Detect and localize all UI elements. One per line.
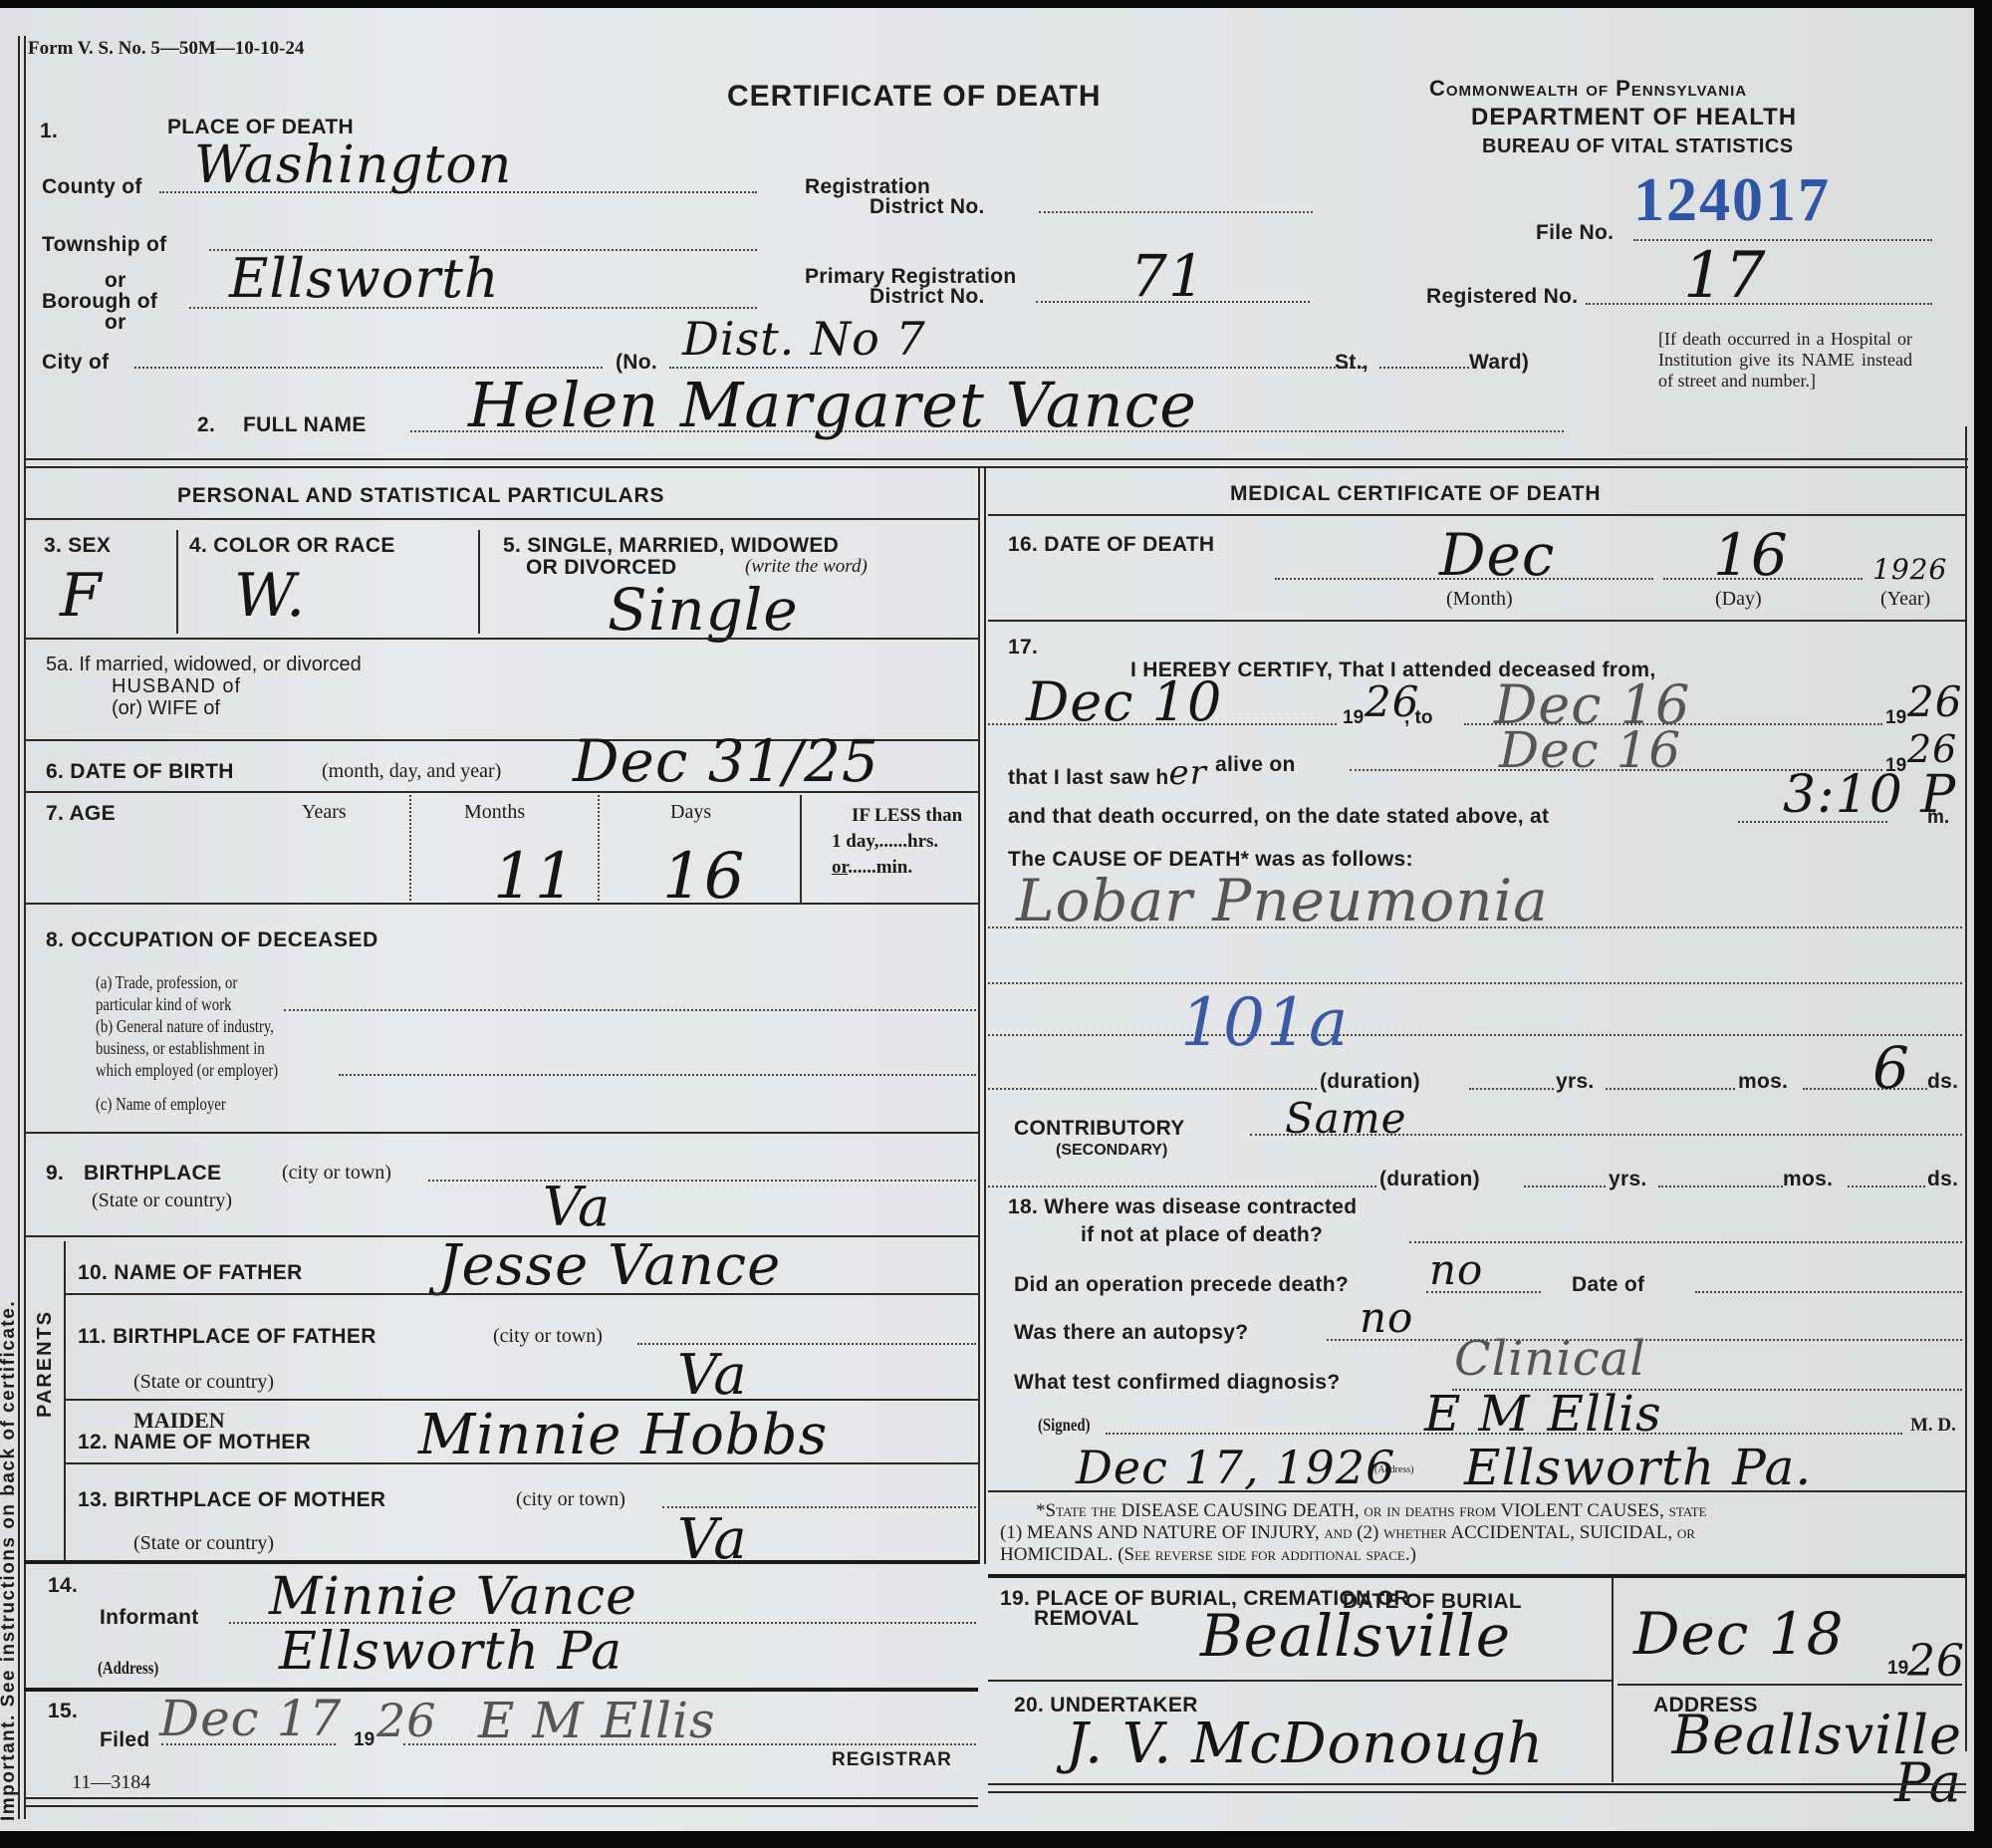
column-divider-2 — [984, 468, 986, 1564]
operation-date-label: Date of — [1572, 1273, 1644, 1297]
row-line-10 — [66, 1293, 978, 1295]
registered-no-field[interactable]: 17 — [1683, 239, 1766, 313]
section-divider-top — [24, 458, 1968, 460]
birthplace-city-hint: (city or town) — [282, 1162, 391, 1185]
cause-of-death-field[interactable]: Lobar Pneumonia — [1016, 867, 1549, 934]
row-line-7 — [24, 903, 978, 905]
burial-year-prefix: 19 — [1887, 1658, 1908, 1680]
registration-district-label-2: District No. — [870, 195, 985, 219]
bottom-line-left-2 — [24, 1805, 978, 1807]
to-label: , to — [1404, 707, 1433, 729]
operation-date-line — [1695, 1291, 1962, 1293]
primary-registration-field[interactable]: 71 — [1130, 242, 1206, 310]
occupation-b-label-3: which employed (or employer) — [96, 1060, 278, 1081]
physician-signature-field[interactable]: E M Ellis — [1424, 1385, 1662, 1443]
row-line-8 — [24, 1132, 978, 1134]
signed-date-field[interactable]: Dec 17, 1926 — [1076, 1441, 1395, 1494]
file-no-line — [1633, 239, 1932, 241]
mother-name-field[interactable]: Minnie Hobbs — [418, 1403, 828, 1467]
marital-label-1: 5. SINGLE, MARRIED, WIDOWED — [503, 534, 839, 558]
duration-yrs-line — [1469, 1088, 1554, 1090]
section-divider-top-2 — [24, 466, 1968, 468]
date-of-birth-field[interactable]: Dec 31/25 — [573, 727, 879, 795]
mother-birthplace-state-hint: (State or country) — [133, 1532, 274, 1555]
birthplace-line — [428, 1180, 976, 1182]
footnote-line-3: HOMICIDAL. (See reverse side for additio… — [1000, 1544, 1416, 1566]
contributory-duration-label: (duration) — [1379, 1168, 1480, 1191]
footnote-line-1: *State the DISEASE CAUSING DEATH, or in … — [1036, 1500, 1707, 1522]
less-than-line1: IF LESS than — [852, 805, 962, 827]
birthplace-field[interactable]: Va — [543, 1176, 611, 1238]
med-row-line-signed — [988, 1490, 1966, 1492]
bottom-line-right — [988, 1783, 1966, 1785]
disease-contracted-line — [1409, 1241, 1962, 1243]
death-month-field[interactable]: Dec — [1439, 521, 1555, 589]
street-label: St., — [1335, 351, 1369, 375]
personal-particulars-heading: PERSONAL AND STATISTICAL PARTICULARS — [177, 484, 664, 508]
item-2-number: 2. — [197, 413, 215, 437]
med-row-line-16 — [988, 620, 1966, 622]
contributory-label: CONTRIBUTORY — [1014, 1117, 1185, 1141]
marital-hint: (write the word) — [745, 556, 868, 578]
issuer-commonwealth: Commonwealth of Pennsylvania — [1429, 76, 1747, 102]
occupation-b-label-2: business, or establishment in — [96, 1038, 265, 1059]
mother-birthplace-label: 13. BIRTHPLACE OF MOTHER — [78, 1488, 385, 1512]
ward-line — [1379, 367, 1469, 369]
date-of-death-label: 16. DATE OF DEATH — [1008, 533, 1214, 557]
occupation-b-label-1: (b) General nature of industry, — [96, 1016, 274, 1037]
column-divider — [978, 468, 980, 1564]
bottom-line-left — [24, 1797, 978, 1799]
signed-label: (Signed) — [1038, 1415, 1090, 1436]
occupation-a-label-2: particular kind of work — [96, 994, 231, 1015]
spouse-label-3: (or) WIFE of — [112, 697, 220, 720]
age-days-divider — [800, 795, 802, 905]
borough-label: Borough of — [42, 290, 157, 314]
duration-mos-line — [1606, 1088, 1735, 1090]
duration-days-field[interactable]: 6 — [1872, 1034, 1910, 1102]
signed-address-field[interactable]: Ellsworth Pa. — [1464, 1439, 1812, 1496]
undertaker-field[interactable]: J. V. McDonough — [1066, 1712, 1544, 1776]
contributory-ds-label: ds. — [1927, 1168, 1958, 1191]
burial-date-label: DATE OF BURIAL — [1343, 1590, 1522, 1614]
filed-date-field[interactable]: Dec 17 — [159, 1690, 342, 1747]
duration-mos-label: mos. — [1738, 1070, 1788, 1094]
file-number-stamp: 124017 — [1633, 165, 1831, 236]
primary-registration-label-2: District No. — [870, 285, 985, 309]
duration-ds-label: ds. — [1927, 1070, 1958, 1094]
issuer-department: DEPARTMENT OF HEALTH — [1471, 104, 1797, 132]
operation-field[interactable]: no — [1429, 1245, 1483, 1294]
sex-label: 3. SEX — [44, 534, 111, 558]
row-line-6 — [24, 791, 978, 793]
age-years-label: Years — [302, 801, 347, 824]
race-field[interactable]: W. — [234, 561, 306, 631]
footnote-line-2: (1) MEANS AND NATURE OF INJURY, and (2) … — [1000, 1522, 1695, 1544]
occupation-label: 8. OCCUPATION OF DECEASED — [46, 928, 378, 952]
contributory-yrs-line — [1524, 1186, 1606, 1188]
burial-date-line — [1618, 1684, 1962, 1686]
race-marital-divider — [478, 530, 480, 634]
md-label: M. D. — [1910, 1415, 1956, 1437]
death-day-field[interactable]: 16 — [1713, 521, 1789, 589]
birthplace-state-hint: (State or country) — [92, 1189, 232, 1212]
dod-day-hint: (Day) — [1715, 588, 1762, 611]
burial-date-field[interactable]: Dec 18 — [1633, 1600, 1845, 1668]
autopsy-field[interactable]: no — [1360, 1293, 1413, 1342]
cause-line-2 — [988, 982, 1962, 984]
city-label: City of — [42, 351, 109, 375]
cause-code-annotation: 101a — [1180, 984, 1349, 1061]
duration-label: (duration) — [1320, 1070, 1420, 1094]
township-label: Township of — [42, 233, 166, 257]
med-row-line-top — [988, 514, 1966, 516]
signed-address-small-label: (Address) — [1374, 1464, 1413, 1475]
full-name-field[interactable]: Helen Margaret Vance — [468, 369, 1197, 441]
spouse-label-1: 5a. If married, widowed, or divorced — [46, 654, 362, 676]
marital-status-field[interactable]: Single — [608, 576, 799, 644]
left-border-line-inner — [24, 36, 26, 1819]
autopsy-label: Was there an autopsy? — [1014, 1321, 1248, 1345]
contributory-yrs-label: yrs. — [1609, 1168, 1647, 1191]
attended-to-year-field[interactable]: 26 — [1907, 677, 1962, 726]
age-label: 7. AGE — [46, 802, 116, 826]
burial-place-line — [988, 1680, 1614, 1682]
burial-year-field[interactable]: 26 — [1907, 1636, 1965, 1687]
item-17-number: 17. — [1008, 636, 1038, 660]
duration-yrs-label: yrs. — [1556, 1070, 1595, 1094]
less-than-or: or — [832, 857, 848, 878]
medical-certificate-heading: MEDICAL CERTIFICATE OF DEATH — [1230, 482, 1601, 506]
father-birthplace-label: 11. BIRTHPLACE OF FATHER — [78, 1325, 376, 1349]
item-15-number: 15. — [48, 1700, 78, 1723]
test-confirmed-label: What test confirmed diagnosis? — [1014, 1371, 1341, 1395]
item-1-number: 1. — [40, 120, 58, 143]
cause-line-3 — [988, 1034, 1962, 1036]
birthplace-label: BIRTHPLACE — [84, 1162, 221, 1186]
row-line-5 — [24, 638, 978, 640]
disease-contracted-label-2: if not at place of death? — [1081, 1223, 1323, 1247]
occupation-c-label: (c) Name of employer — [96, 1094, 226, 1115]
disease-contracted-label-1: 18. Where was disease contracted — [1008, 1195, 1357, 1219]
last-saw-pronoun-field[interactable]: er — [1168, 753, 1206, 793]
informant-field[interactable]: Minnie Vance — [269, 1567, 637, 1627]
last-saw-label-1: that I last saw her — [1008, 753, 1207, 793]
informant-address-field[interactable]: Ellsworth Pa — [279, 1622, 622, 1682]
dob-hint: (month, day, and year) — [322, 760, 501, 783]
dob-label: 6. DATE OF BIRTH — [46, 760, 234, 784]
death-time-suffix: m. — [1927, 807, 1949, 829]
spouse-label-2: HUSBAND of — [112, 675, 241, 698]
certificate-title: CERTIFICATE OF DEATH — [727, 80, 1102, 114]
filed-label: Filed — [100, 1728, 150, 1752]
row-line-13 — [24, 1560, 978, 1564]
occupation-a-line — [284, 1009, 976, 1011]
med-row-line-footnote — [988, 1574, 1966, 1578]
registration-district-line — [1039, 211, 1313, 213]
attended-from-year-prefix: 19 — [1343, 707, 1364, 729]
filed-year-prefix: 19 — [354, 1729, 374, 1751]
secondary-label: (SECONDARY) — [1056, 1142, 1167, 1160]
hospital-note: [If death occurred in a Hospital or Inst… — [1658, 329, 1912, 392]
age-months-label: Months — [464, 801, 525, 824]
row-line-3 — [24, 518, 978, 520]
attended-to-year-prefix: 19 — [1885, 707, 1906, 729]
less-than-line3: or......min. — [832, 857, 912, 879]
informant-label: Informant — [100, 1606, 199, 1630]
row-line-11 — [66, 1399, 978, 1401]
father-birthplace-city-hint: (city or town) — [493, 1325, 603, 1348]
attended-from-field[interactable]: Dec 10 — [1026, 670, 1222, 733]
age-months-divider — [598, 795, 600, 905]
contributory-mos-label: mos. — [1783, 1168, 1833, 1191]
burial-place-label-2: REMOVAL — [1034, 1607, 1139, 1631]
filed-year-field[interactable]: 26 — [376, 1694, 437, 1747]
sex-race-divider — [176, 530, 178, 634]
registrar-label: REGISTRAR — [832, 1749, 952, 1771]
dod-year-hint: (Year) — [1880, 588, 1930, 611]
bottom-line-right-2 — [988, 1791, 1966, 1793]
parents-label: PARENTS — [34, 1310, 57, 1418]
father-birthplace-state-hint: (State or country) — [133, 1371, 274, 1394]
contributory-duration-line — [988, 1186, 1376, 1188]
occupation-b-line — [339, 1074, 976, 1076]
contributory-mos-line — [1658, 1186, 1783, 1188]
registrar-signature-field[interactable]: E M Ellis — [478, 1692, 716, 1749]
borough-field[interactable]: Ellsworth — [229, 247, 500, 310]
death-certificate-document: Important. See instructions on back of c… — [0, 8, 1974, 1831]
registered-no-label: Registered No. — [1426, 285, 1578, 309]
age-days-label: Days — [670, 801, 711, 824]
less-than-min: ......min. — [848, 857, 912, 878]
or-label-2: or — [105, 311, 126, 335]
contributory-field[interactable]: Same — [1285, 1094, 1407, 1143]
last-saw-text: that I last saw h — [1008, 766, 1168, 789]
father-name-field[interactable]: Jesse Vance — [438, 1233, 781, 1298]
sex-field[interactable]: F — [60, 561, 103, 631]
right-border-line — [1965, 426, 1967, 1751]
county-field[interactable]: Washington — [194, 135, 512, 195]
alive-on-label: alive on — [1215, 753, 1296, 777]
form-number: Form V. S. No. 5—50M—10-10-24 — [28, 38, 304, 60]
ward-label: Ward) — [1469, 351, 1529, 375]
county-label: County of — [42, 175, 142, 199]
death-time-label: and that death occurred, on the date sta… — [1008, 805, 1549, 829]
issuer-bureau: BUREAU OF VITAL STATISTICS — [1482, 135, 1794, 158]
occupation-a-label-1: (a) Trade, profession, or — [96, 972, 237, 993]
mother-name-label: 12. NAME OF MOTHER — [78, 1431, 311, 1454]
death-year-field[interactable]: 1926 — [1872, 553, 1947, 586]
father-name-label: 10. NAME OF FATHER — [78, 1261, 303, 1285]
item-14-number: 14. — [48, 1574, 78, 1598]
duration-line — [988, 1088, 1317, 1090]
parents-bracket — [64, 1241, 66, 1560]
side-instructions-note: Important. See instructions on back of c… — [0, 1300, 20, 1821]
test-confirmed-field[interactable]: Clinical — [1454, 1331, 1646, 1387]
mother-birthplace-city-hint: (city or town) — [516, 1488, 625, 1511]
dod-month-hint: (Month) — [1446, 588, 1513, 611]
less-than-line2: 1 day,......hrs. — [832, 831, 938, 853]
contributory-ds-line — [1848, 1186, 1925, 1188]
full-name-label: FULL NAME — [243, 413, 367, 437]
file-no-label: File No. — [1536, 221, 1614, 245]
age-years-divider — [409, 795, 411, 905]
row-line-12 — [66, 1462, 978, 1464]
informant-address-label: (Address) — [98, 1658, 158, 1679]
street-no-field[interactable]: Dist. No 7 — [682, 312, 926, 366]
last-saw-date-field[interactable]: Dec 16 — [1499, 721, 1681, 779]
item-9-number: 9. — [46, 1162, 64, 1186]
operation-label: Did an operation precede death? — [1014, 1273, 1349, 1297]
race-label: 4. COLOR OR RACE — [189, 534, 395, 558]
form-bottom-code: 11—3184 — [72, 1771, 150, 1794]
